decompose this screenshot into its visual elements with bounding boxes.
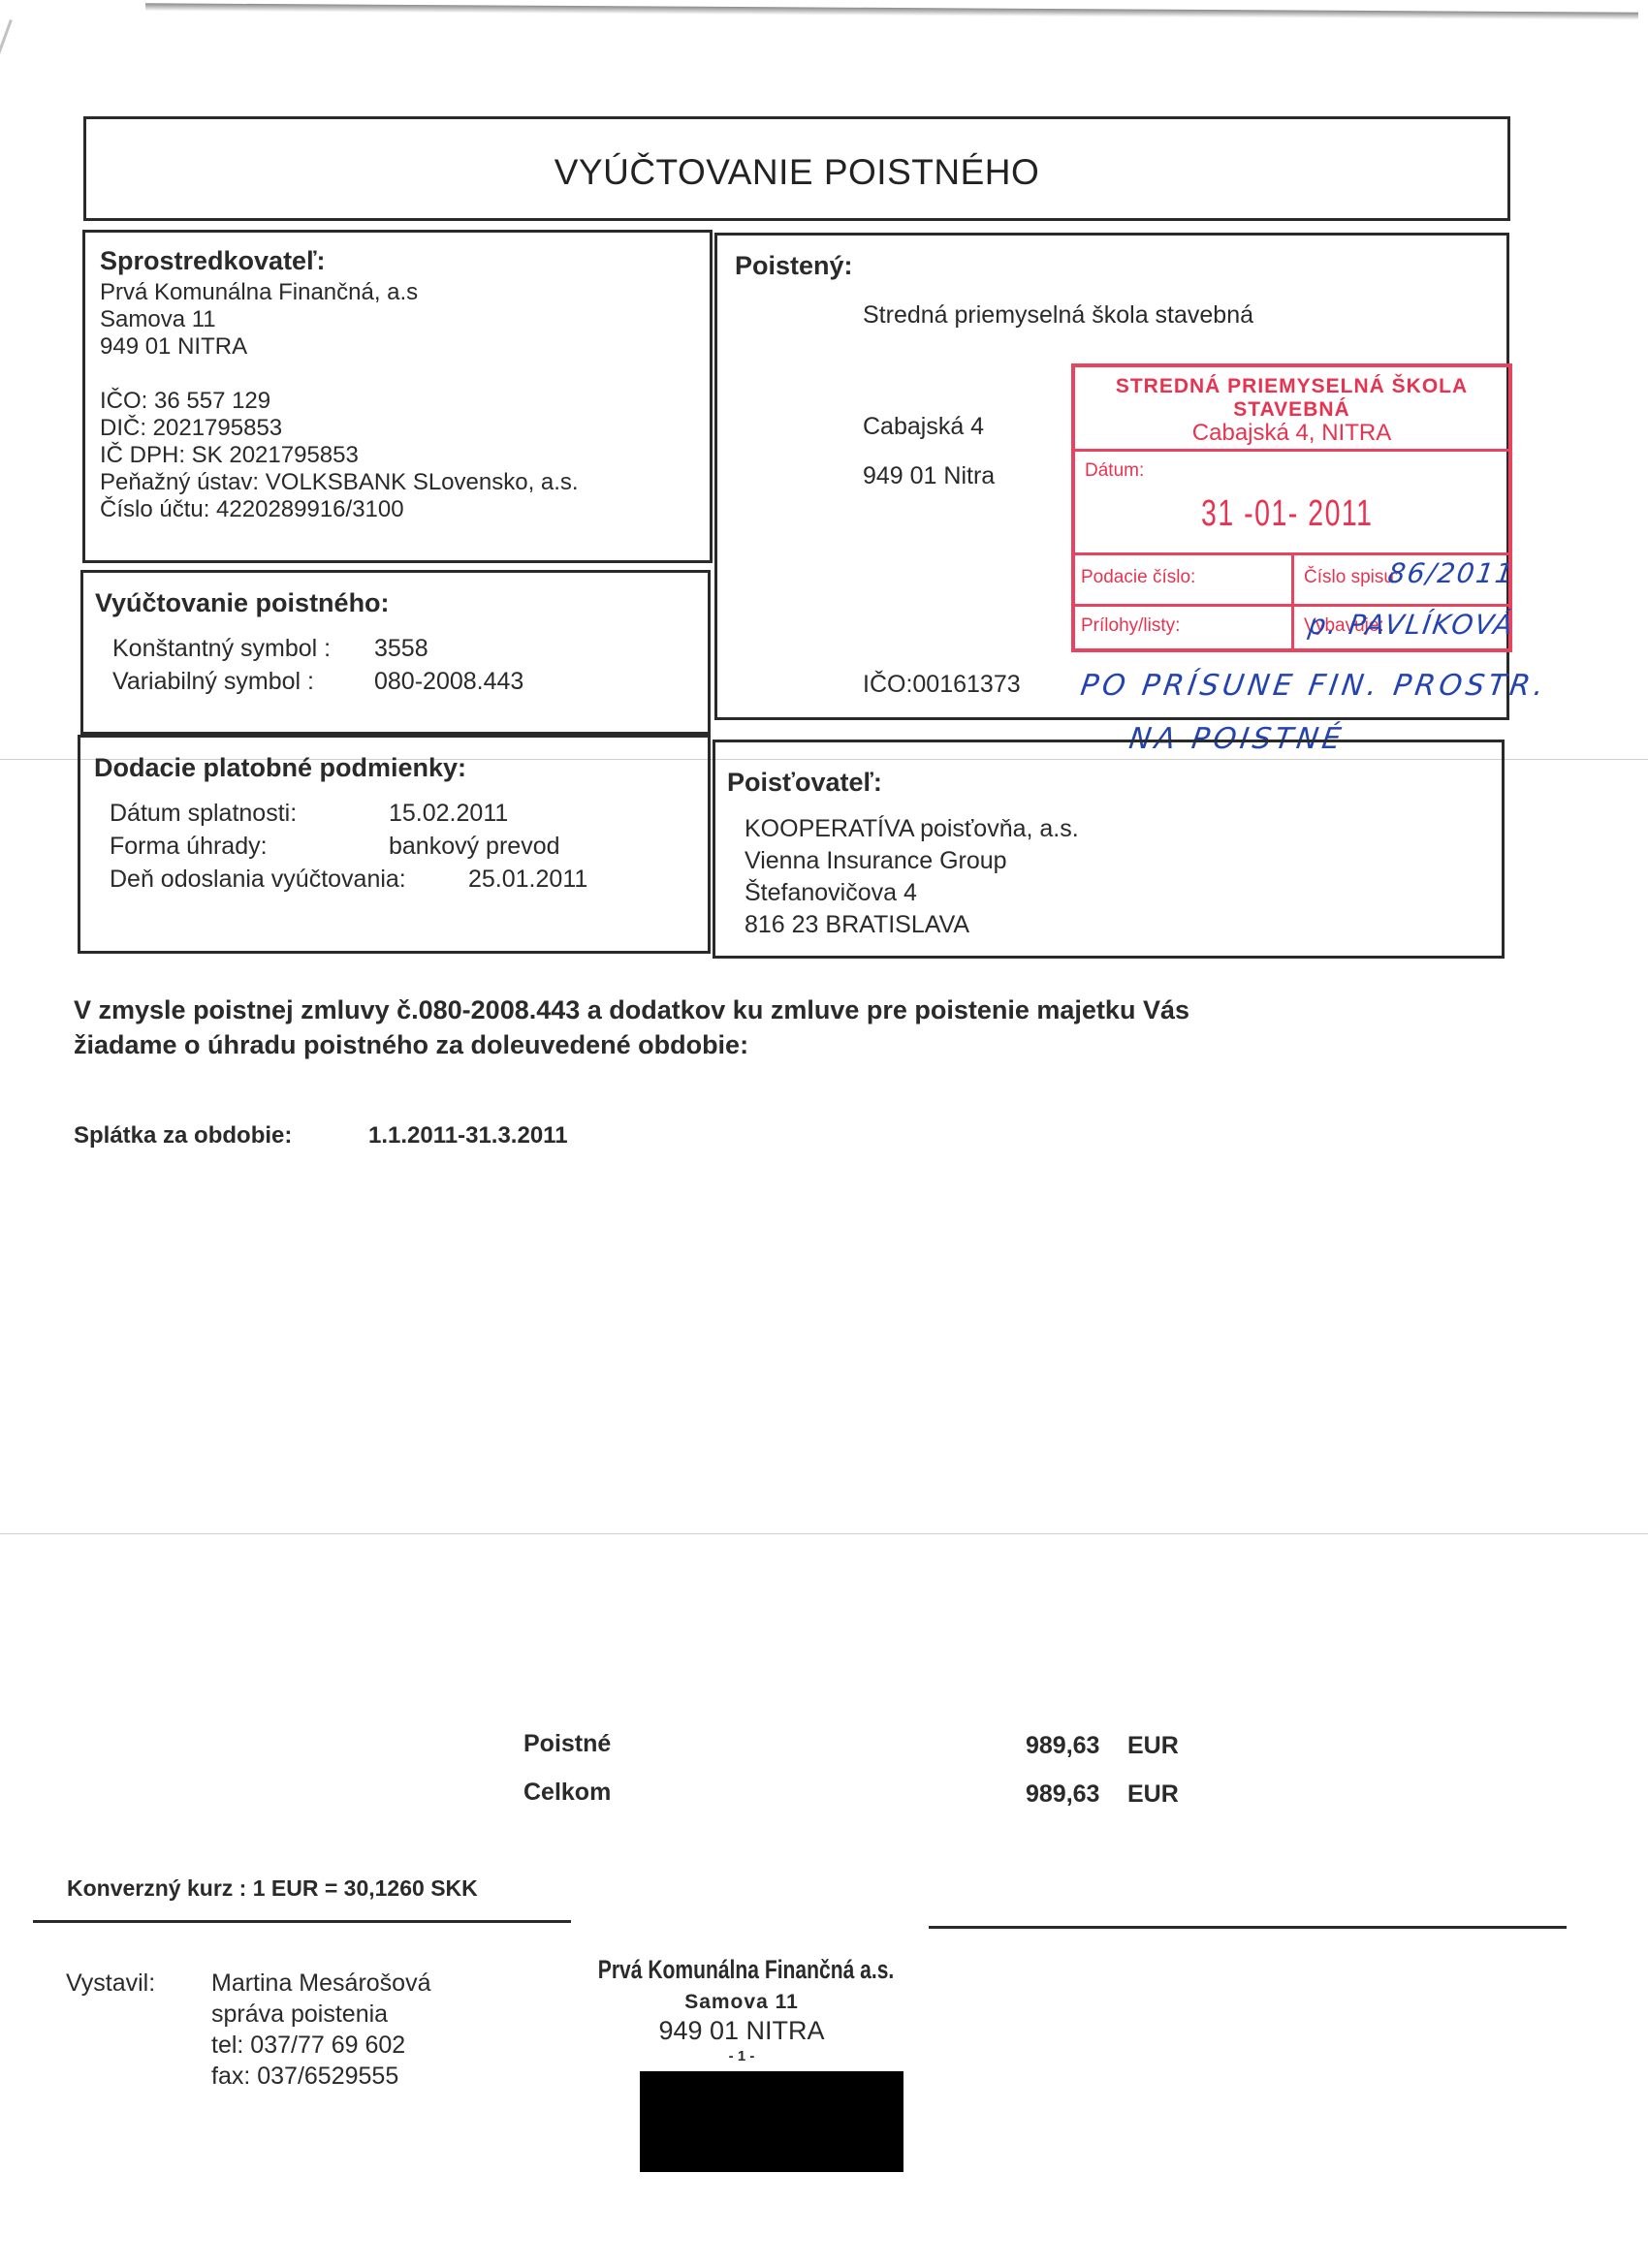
intermediary-bank: Peňažný ústav: VOLKSBANK SLovensko, a.s. (100, 469, 579, 496)
constant-symbol-label: Konštantný symbol : (112, 635, 331, 662)
company-stamp-street: Samova 11 (557, 1991, 926, 2014)
variable-symbol-value: 080-2008.443 (374, 668, 523, 695)
constant-symbol-value: 3558 (374, 635, 428, 662)
scan-fold-mark (0, 19, 13, 221)
due-date-value: 15.02.2011 (389, 800, 508, 827)
request-paragraph: V zmysle poistnej zmluvy č.080-2008.443 … (74, 992, 1189, 1062)
stamp-address: Cabajská 4, NITRA (1075, 420, 1508, 447)
handwritten-handler: p. PAVLÍKOVÁ (1307, 609, 1517, 641)
company-stamp-name: Prvá Komunálna Finančná a.s. (598, 1955, 885, 1985)
issuer-department: správa poistenia (211, 2000, 388, 2029)
payment-terms-heading: Dodacie platobné podmienky: (94, 753, 466, 783)
installment-label: Splátka za obdobie: (74, 1122, 292, 1150)
intermediary-city: 949 01 NITRA (100, 333, 247, 361)
fold-line (0, 1533, 1648, 1534)
signature-line-left (33, 1920, 571, 1923)
sent-date-label: Deň odoslania vyúčtovania: (110, 866, 406, 893)
intermediary-icdph: IČ DPH: SK 2021795853 (100, 442, 359, 469)
billing-box: Vyúčtovanie poistného: Konštantný symbol… (80, 570, 711, 735)
intermediary-dic: DIČ: 2021795853 (100, 415, 282, 442)
stamp-attachments-label: Prílohy/listy: (1081, 615, 1180, 637)
stamp-date-value: 31 -01- 2011 (1201, 493, 1374, 535)
due-date-label: Dátum splatnosti: (110, 800, 297, 827)
insured-name: Stredná priemyselná škola stavebná (863, 301, 1253, 329)
billing-heading: Vyúčtovanie poistného: (95, 588, 390, 618)
premium-amount: 989,63 (1026, 1732, 1099, 1760)
insured-ico: IČO:00161373 (863, 671, 1021, 698)
issuer-phone: tel: 037/77 69 602 (211, 2032, 405, 2060)
insurer-group: Vienna Insurance Group (745, 847, 1007, 874)
insurer-street: Štefanovičova 4 (745, 879, 917, 906)
intermediary-street: Samova 11 (100, 306, 216, 333)
handwritten-file-number: 86/2011 (1386, 557, 1517, 589)
request-paragraph-line1: V zmysle poistnej zmluvy č.080-2008.443 … (74, 992, 1189, 1027)
variable-symbol-label: Variabilný symbol : (112, 668, 314, 695)
intermediary-account: Číslo účtu: 4220289916/3100 (100, 496, 404, 523)
insurer-name: KOOPERATÍVA poisťovňa, a.s. (745, 815, 1079, 842)
stamp-file-no-label: Číslo spisu: (1304, 567, 1399, 588)
insurer-box: Poisťovateľ: KOOPERATÍVA poisťovňa, a.s.… (713, 740, 1505, 959)
insurer-heading: Poisťovateľ: (727, 768, 882, 798)
intermediary-heading: Sprostredkovateľ: (100, 246, 325, 276)
stamp-school-type: STAVEBNÁ (1075, 398, 1508, 422)
title-box: VYÚČTOVANIE POISTNÉHO (83, 116, 1510, 221)
total-currency: EUR (1127, 1780, 1179, 1809)
request-paragraph-line2: žiadame o úhradu poistného za doleuveden… (74, 1027, 1189, 1062)
premium-label: Poistné (523, 1730, 611, 1758)
intermediary-ico: IČO: 36 557 129 (100, 388, 270, 415)
intermediary-name: Prvá Komunálna Finančná, a.s (100, 279, 418, 306)
total-label: Celkom (523, 1779, 611, 1807)
conversion-rate: Konverzný kurz : 1 EUR = 30,1260 SKK (67, 1875, 478, 1902)
stamp-school-name: STREDNÁ PRIEMYSELNÁ ŠKOLA (1075, 375, 1508, 398)
issuer-name: Martina Mesárošová (211, 1969, 430, 1998)
insured-city: 949 01 Nitra (863, 462, 995, 489)
issuer-fax: fax: 037/6529555 (211, 2063, 398, 2091)
issuer-label: Vystavil: (66, 1969, 155, 1998)
scan-edge-shadow (145, 3, 1638, 19)
payment-method-value: bankový prevod (389, 833, 560, 860)
redacted-signature (640, 2071, 903, 2172)
page-number: - 1 - (557, 2048, 926, 2064)
stamp-column-divider (1291, 553, 1294, 648)
payment-terms-box: Dodacie platobné podmienky: Dátum splatn… (78, 735, 711, 954)
company-stamp-city: 949 01 NITRA (557, 2016, 926, 2046)
handwritten-note-line1: PO PRÍSUNE FIN. PROSTR. (1079, 669, 1550, 703)
insured-heading: Poistený: (735, 251, 853, 281)
payment-method-label: Forma úhrady: (110, 833, 268, 860)
stamp-filing-label: Podacie číslo: (1081, 567, 1195, 588)
intermediary-box: Sprostredkovateľ: Prvá Komunálna Finančn… (82, 230, 713, 563)
insured-street: Cabajská 4 (863, 413, 984, 440)
document-title: VYÚČTOVANIE POISTNÉHO (86, 152, 1507, 193)
insurer-city: 816 23 BRATISLAVA (745, 911, 969, 938)
stamp-date-label: Dátum: (1085, 460, 1144, 482)
installment-period: 1.1.2011-31.3.2011 (368, 1122, 568, 1150)
sent-date-value: 25.01.2011 (468, 866, 587, 893)
signature-line-right (929, 1926, 1567, 1929)
premium-currency: EUR (1127, 1732, 1179, 1760)
total-amount: 989,63 (1026, 1780, 1099, 1809)
